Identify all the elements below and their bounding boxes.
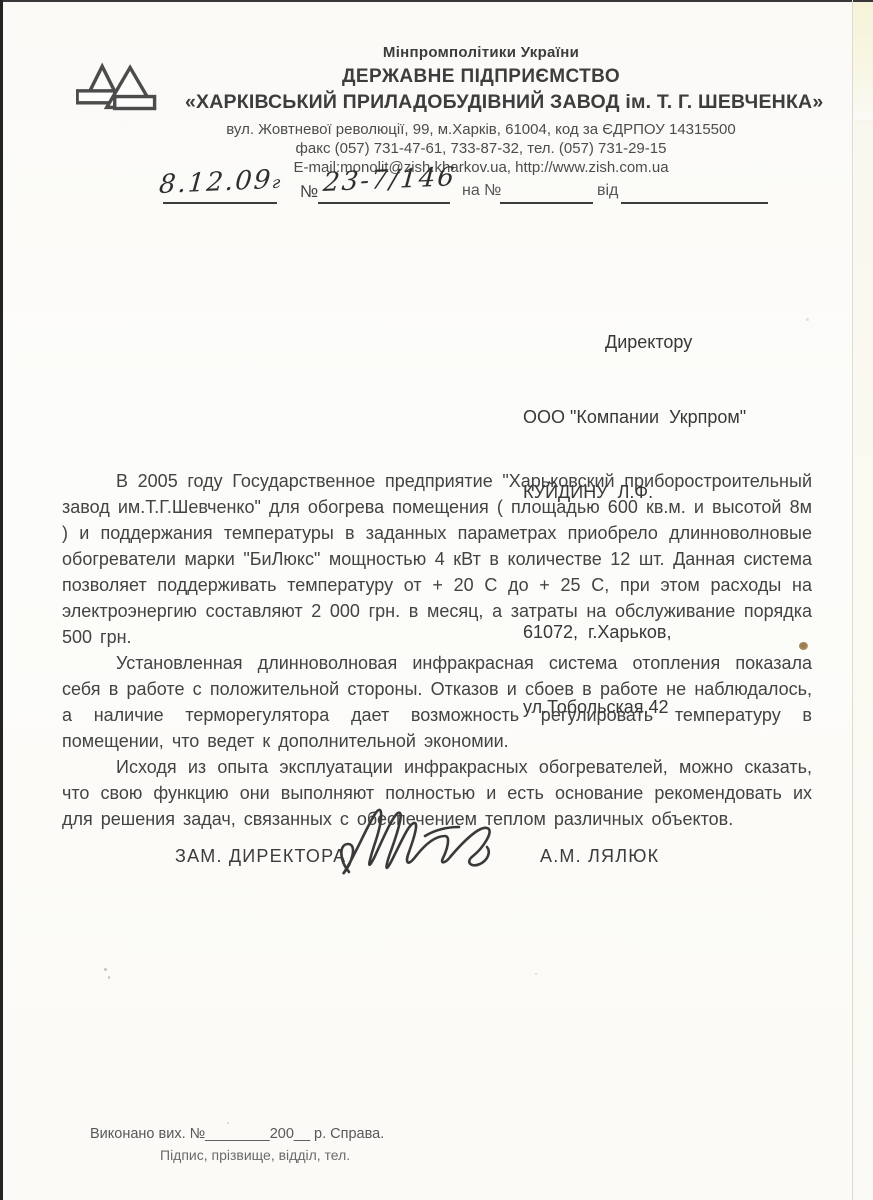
from-date-underline [621,168,768,204]
scan-edge-top [0,0,873,2]
ministry-line: Мінпромполітики України [185,44,777,61]
scan-speck [535,973,537,975]
reference-line: 8.12.09г № 23-7/146 на № від [0,168,873,214]
scan-speck [227,1122,229,1124]
recipient-position: Директору [523,330,803,355]
paper-discoloration [853,2,873,127]
enterprise-name-line: «ХАРКІВСЬКИЙ ПРИЛАДОБУДІВНИЙ ЗАВОД ім. Т… [185,91,777,114]
handwritten-signature-icon [333,798,513,899]
body-paragraph-2: Установленная длинноволновая инфракрасна… [62,650,812,754]
reply-number-underline [500,168,593,204]
company-logo [76,60,158,121]
recipient-company: ООО "Компании Укрпром" [523,405,803,430]
letter-body: В 2005 году Государственное предприятие … [62,468,812,832]
scanned-letter-page: Мінпромполітики України ДЕРЖАВНЕ ПІДПРИЄ… [0,0,873,1200]
phone-fax-line: факс (057) 731-47-61, 733-87-32, тел. (0… [185,139,777,158]
reply-number-label: на № [462,182,501,200]
body-paragraph-1: В 2005 году Государственное предприятие … [62,468,812,650]
enterprise-type-line: ДЕРЖАВНЕ ПІДПРИЄМСТВО [185,66,777,88]
execution-note-line1: Виконано вих. №________200__ р. Справа. [90,1124,384,1145]
from-date-label: від [597,182,618,200]
handwritten-date: 8.12.09г [158,165,282,200]
address-line: вул. Жовтневої революції, 99, м.Харків, … [185,120,777,139]
scan-speck [806,318,809,321]
number-label: № [300,182,318,202]
execution-note: Виконано вих. №________200__ р. Справа. … [90,1124,384,1166]
signatory-position: ЗАМ. ДИРЕКТОРА [175,846,346,867]
handwritten-outgoing-number: 23-7/146 [322,162,457,198]
date-year-suffix: г [271,173,281,192]
ink-stain [799,642,808,650]
paper-edge-tint [854,120,873,1200]
execution-note-line2: Підпис, прізвище, відділ, тел. [90,1145,384,1166]
mountains-monogram-icon [76,60,158,116]
letterhead: Мінпромполітики України ДЕРЖАВНЕ ПІДПРИЄ… [185,44,777,177]
signatory-name: А.М. ЛЯЛЮК [540,846,659,867]
scan-speck [104,968,107,971]
scan-speck [108,976,110,979]
